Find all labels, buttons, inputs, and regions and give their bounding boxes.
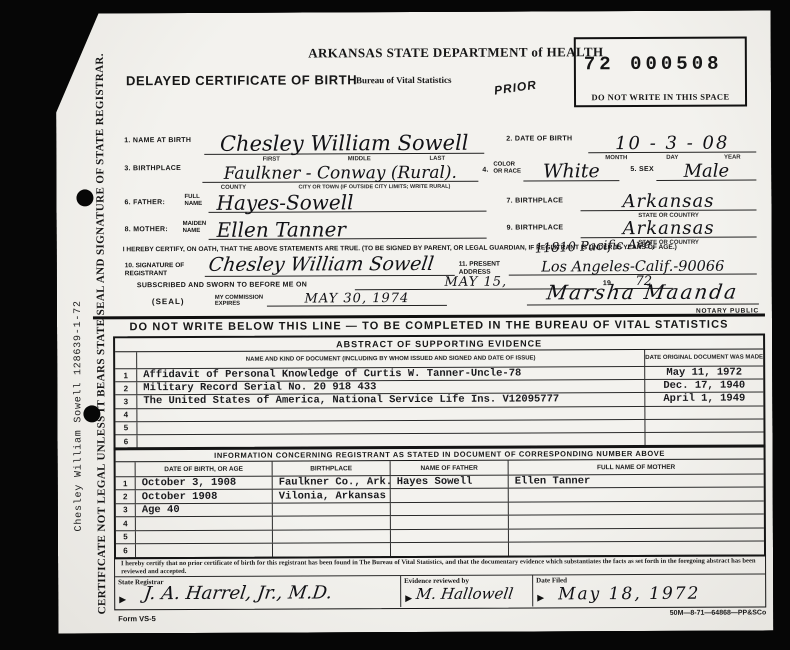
info-header-num — [116, 462, 136, 476]
field-sublabel-maiden-name: MAIDEN NAME — [183, 221, 207, 234]
field-label-date-of-birth: 2. DATE OF BIRTH — [506, 135, 572, 142]
field-label-signature-of-registrant: 10. SIGNATURE OF REGISTRANT — [125, 262, 185, 277]
certificate-paper: Chesley William Sowell 128639-1-72 CERTI… — [56, 10, 774, 633]
bureau-subtitle: Bureau of Vital Statistics — [356, 75, 452, 85]
info-header-birthplace: BIRTHPLACE — [273, 461, 391, 476]
scanned-certificate: Chesley William Sowell 128639-1-72 CERTI… — [0, 0, 790, 650]
field-label-sex: 5. SEX — [630, 166, 654, 173]
form-title: DELAYED CERTIFICATE OF BIRTH — [126, 72, 357, 88]
date-filed-cell: Date Filed ▶ May 18, 1972 — [533, 575, 765, 607]
margin-legal-notice: CERTIFICATE NOT LEGAL UNLESS IT BEARS ST… — [94, 89, 108, 614]
field-label-father: 6. FATHER: — [124, 199, 165, 206]
field-label-birthplace: 3. BIRTHPLACE — [124, 165, 181, 172]
certification-signature-row: State Registrar ▶ J. A. Harrel, Jr., M.D… — [115, 574, 765, 609]
commission-date-value: MAY 30, 1974 — [267, 284, 447, 307]
date-filed-value: May 18, 1972 — [548, 587, 700, 603]
field-label-name-at-birth: 1. NAME AT BIRTH — [124, 137, 191, 144]
field-sublabel-full-name: FULL NAME — [184, 194, 202, 207]
field-label-mother: 8. MOTHER: — [125, 226, 168, 233]
punch-hole-top — [76, 189, 93, 206]
evidence-header-document: NAME AND KIND OF DOCUMENT (INCLUDING BY … — [137, 350, 645, 368]
field-value-sex: Male — [656, 151, 756, 181]
arrow-icon: ▶ — [405, 593, 412, 603]
field-value-mother-birthplace: Arkansas — [581, 207, 757, 239]
state-registrar-cell: State Registrar ▶ J. A. Harrel, Jr., M.D… — [115, 576, 401, 608]
field-number-color: 4. — [482, 167, 488, 174]
certification-box: I hereby certify that no prior certifica… — [114, 554, 766, 610]
arrow-icon: ▶ — [537, 593, 544, 603]
field-value-address-line1: 11810 Pacific Ave, — [534, 239, 655, 255]
do-not-write-below-line: DO NOT WRITE BELOW THIS LINE — TO BE COM… — [93, 318, 765, 333]
field-label-color-or-race: COLOR OR RACE — [493, 162, 521, 175]
prior-stamp: PRIOR — [493, 78, 538, 98]
field-value-color: White — [523, 149, 619, 181]
punch-hole-bottom — [83, 405, 100, 422]
field-label-mother-birthplace: 9. BIRTHPLACE — [507, 224, 564, 231]
registrant-info-table: INFORMATION CONCERNING REGISTRANT AS STA… — [114, 444, 766, 559]
evidence-header-num — [115, 352, 137, 368]
evidence-reviewed-cell: Evidence reviewed by ▶ M. Hallowell — [401, 576, 533, 608]
certificate-number: 72 000508 — [584, 53, 723, 76]
arrow-icon: ▶ — [119, 594, 126, 604]
field-label-father-birthplace: 7. BIRTHPLACE — [506, 197, 563, 204]
state-registrar-signature: J. A. Harrel, Jr., M.D. — [129, 583, 334, 605]
certificate-number-box: 72 000508 DO NOT WRITE IN THIS SPACE — [574, 37, 747, 108]
seal-label: (SEAL) — [152, 297, 185, 306]
evidence-header-date: DATE ORIGINAL DOCUMENT WAS MADE — [645, 349, 763, 366]
do-not-write-label: DO NOT WRITE IN THIS SPACE — [576, 92, 745, 103]
info-header-dob: DATE OF BIRTH, OR AGE — [136, 462, 273, 477]
info-header-mother: FULL NAME OF MOTHER — [509, 459, 764, 474]
field-value-mother-name: Ellen Tanner — [208, 204, 486, 240]
evidence-table: ABSTRACT OF SUPPORTING EVIDENCE NAME AND… — [113, 333, 765, 450]
margin-file-id: Chesley William Sowell 128639-1-72 — [72, 201, 84, 531]
notary-signature: Marsha Maanda — [527, 278, 759, 305]
print-code: 50M—8-71—64868—PP&SCo — [488, 609, 766, 617]
commission-label: MY COMMISSION EXPIRES — [215, 295, 263, 308]
info-header-father: NAME OF FATHER — [391, 461, 509, 476]
evidence-reviewed-signature: M. Hallowell — [415, 585, 514, 603]
form-number: Form VS-5 — [118, 614, 156, 623]
